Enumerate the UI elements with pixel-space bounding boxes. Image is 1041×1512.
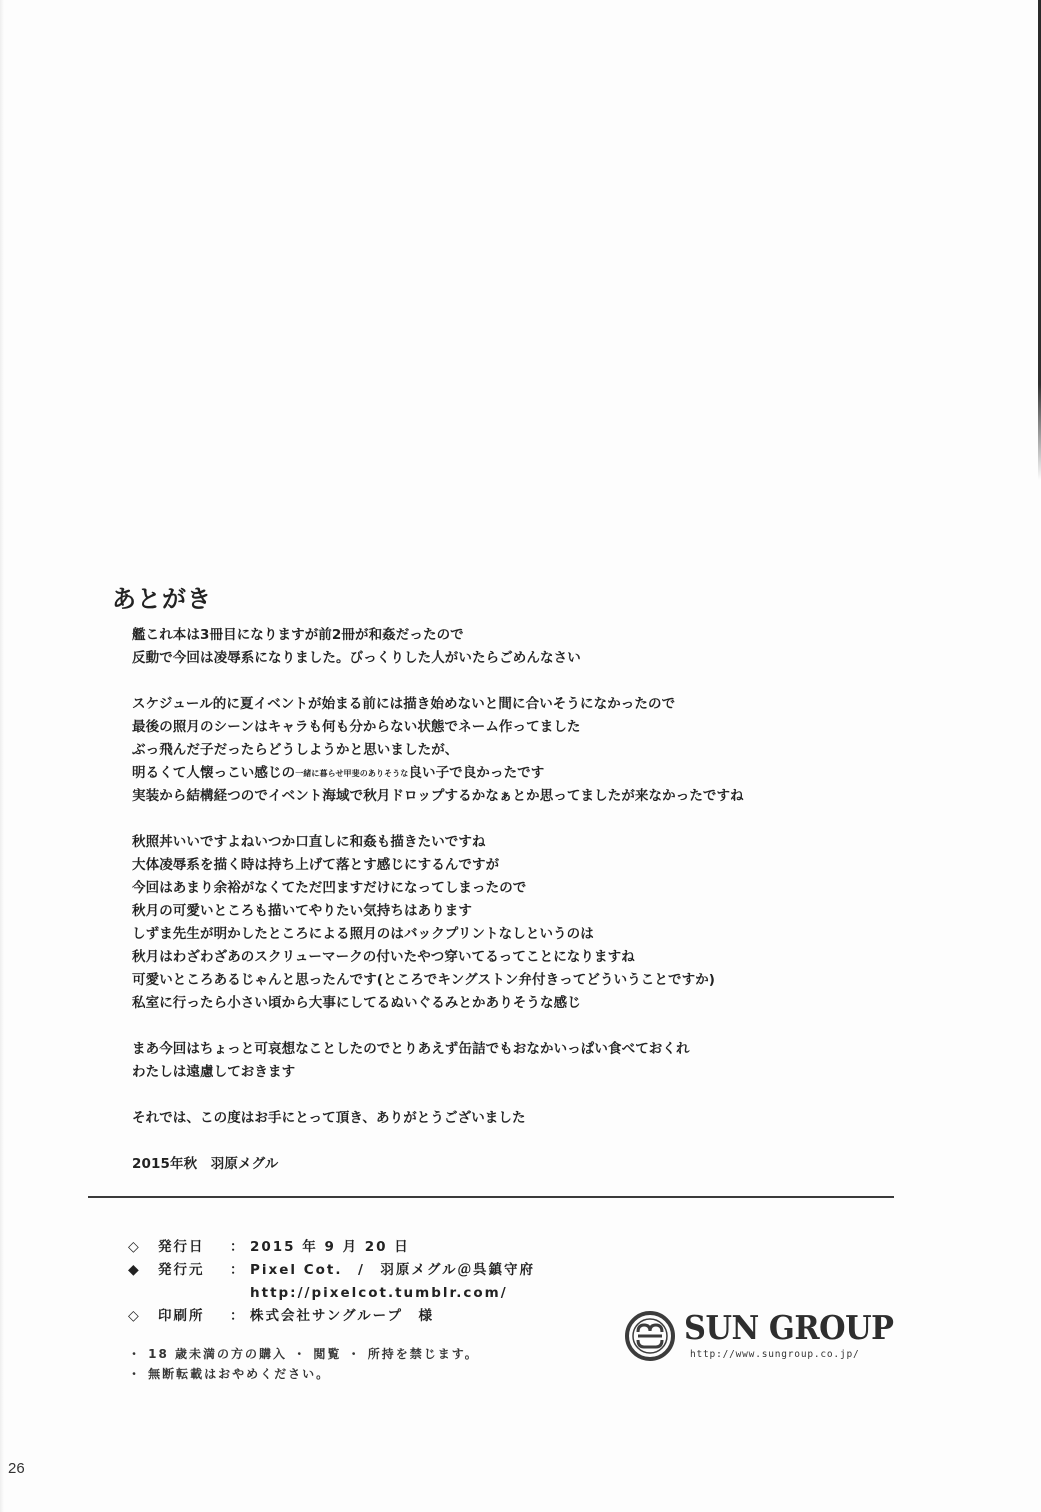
legal-notes: ・ 18 歳未満の方の購入 ・ 閲覧 ・ 所持を禁じます。 ・ 無断転載はおやめ… xyxy=(128,1344,479,1384)
colophon-value: Pixel Cot. / 羽原メグル＠呉鎮守府 xyxy=(250,1259,535,1282)
text-line: 艦これ本は3冊目になりますが前2冊が和姦だったので xyxy=(132,624,912,647)
afterword-title: あとがき xyxy=(112,584,912,614)
colophon-row-issue-date: ◇ 発行日 ： 2015 年 9 月 20 日 xyxy=(128,1236,535,1259)
afterword-section: あとがき 艦これ本は3冊目になりますが前2冊が和姦だったので 反動で今回は凌辱系… xyxy=(112,584,912,1176)
text-line: それでは、この度はお手にとって頂き、ありがとうございました xyxy=(132,1107,912,1130)
colophon-separator: ： xyxy=(230,1259,250,1282)
text-segment: 明るくて人懐っこい感じの xyxy=(132,765,295,781)
hollow-diamond-icon: ◇ xyxy=(128,1236,158,1259)
text-line: 秋照丼いいですよねいつか口直しに和姦も描きたいですね xyxy=(132,831,912,854)
signature: 2015年秋 羽原メグル xyxy=(132,1153,912,1176)
text-line: しずま先生が明かしたところによる照月のはバックプリントなしというのは xyxy=(132,923,912,946)
colophon-row-publisher: ◆ 発行元 ： Pixel Cot. / 羽原メグル＠呉鎮守府 xyxy=(128,1259,535,1282)
note-no-reproduction: ・ 無断転載はおやめください。 xyxy=(128,1364,479,1384)
small-aside-text: 一緒に暮らせ甲斐のありそうな xyxy=(295,769,408,778)
filled-diamond-icon: ◆ xyxy=(128,1259,158,1282)
colophon-row-publisher-url: http://pixelcot.tumblr.com/ xyxy=(128,1282,535,1305)
sun-group-emblem-icon xyxy=(624,1310,676,1362)
text-line: 実装から結構経つのでイベント海域で秋月ドロップするかなぁとか思ってましたが来なか… xyxy=(132,785,912,808)
text-line: 秋月の可愛いところも描いてやりたい気持ちはあります xyxy=(132,900,912,923)
text-segment: 良い子で良かったです xyxy=(408,765,544,781)
text-line-with-aside: 明るくて人懐っこい感じの一緒に暮らせ甲斐のありそうな良い子で良かったです xyxy=(132,762,912,785)
paragraph-1: 艦これ本は3冊目になりますが前2冊が和姦だったので 反動で今回は凌辱系になりまし… xyxy=(132,624,912,670)
colophon-label: 発行日 xyxy=(158,1236,230,1259)
colophon-value: 株式会社サングループ 様 xyxy=(250,1305,434,1328)
text-line: ぶっ飛んだ子だったらどうしようかと思いましたが、 xyxy=(132,739,912,762)
text-line: わたしは遠慮しておきます xyxy=(132,1061,912,1084)
sun-group-logo: SUN GROUP http://www.sungroup.co.jp/ xyxy=(624,1304,904,1364)
colophon-value: 2015 年 9 月 20 日 xyxy=(250,1236,410,1259)
note-age-restriction: ・ 18 歳未満の方の購入 ・ 閲覧 ・ 所持を禁じます。 xyxy=(128,1344,479,1364)
text-line: 最後の照月のシーンはキャラも何も分からない状態でネーム作ってました xyxy=(132,716,912,739)
paragraph-2: スケジュール的に夏イベントが始まる前には描き始めないと間に合いそうになかったので… xyxy=(132,693,912,808)
sun-group-wordmark: SUN GROUP xyxy=(684,1310,894,1346)
text-line: 秋月はわざわざあのスクリューマークの付いたやつ穿いてるってことになりますね xyxy=(132,946,912,969)
colophon-label: 発行元 xyxy=(158,1259,230,1282)
paragraph-5: それでは、この度はお手にとって頂き、ありがとうございました xyxy=(132,1107,912,1130)
afterword-body: 艦これ本は3冊目になりますが前2冊が和姦だったので 反動で今回は凌辱系になりまし… xyxy=(112,624,912,1176)
text-line: 私室に行ったら小さい頃から大事にしてるぬいぐるみとかありそうな感じ xyxy=(132,992,912,1015)
paragraph-4: まあ今回はちょっと可哀想なことしたのでとりあえず缶詰でもおなかいっぱい食べておく… xyxy=(132,1038,912,1084)
text-line: 反動で今回は凌辱系になりました。びっくりした人がいたらごめんなさい xyxy=(132,647,912,670)
colophon-separator: ： xyxy=(230,1236,250,1259)
text-line: まあ今回はちょっと可哀想なことしたのでとりあえず缶詰でもおなかいっぱい食べておく… xyxy=(132,1038,912,1061)
colophon-label: 印刷所 xyxy=(158,1305,230,1328)
publisher-url: http://pixelcot.tumblr.com/ xyxy=(250,1282,508,1305)
hollow-diamond-icon: ◇ xyxy=(128,1305,158,1328)
text-line: 今回はあまり余裕がなくてただ凹ますだけになってしまったので xyxy=(132,877,912,900)
colophon-separator: ： xyxy=(230,1305,250,1328)
colophon-row-printer: ◇ 印刷所 ： 株式会社サングループ 様 xyxy=(128,1305,535,1328)
text-line: 大体凌辱系を描く時は持ち上げて落とす感じにするんですが xyxy=(132,854,912,877)
section-divider xyxy=(88,1196,894,1198)
scan-left-shade xyxy=(0,0,4,1512)
paragraph-3: 秋照丼いいですよねいつか口直しに和姦も描きたいですね 大体凌辱系を描く時は持ち上… xyxy=(132,831,912,1015)
signature-line: 2015年秋 羽原メグル xyxy=(132,1153,912,1176)
text-line: スケジュール的に夏イベントが始まる前には描き始めないと間に合いそうになかったので xyxy=(132,693,912,716)
sun-group-url: http://www.sungroup.co.jp/ xyxy=(690,1349,860,1360)
page-number: 26 xyxy=(8,1460,25,1477)
text-line: 可愛いところあるじゃんと思ったんです(ところでキングストン弁付きってどういうこと… xyxy=(132,969,912,992)
colophon: ◇ 発行日 ： 2015 年 9 月 20 日 ◆ 発行元 ： Pixel Co… xyxy=(128,1236,535,1328)
